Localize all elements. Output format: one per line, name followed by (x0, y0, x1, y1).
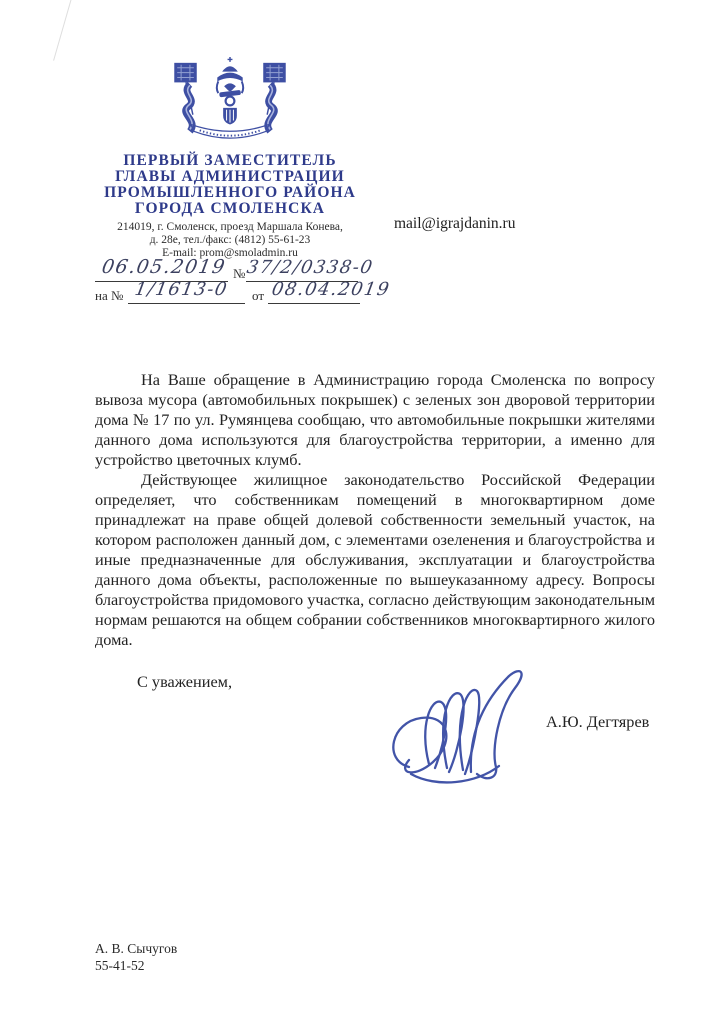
scanned-letter-page: ПЕРВЫЙ ЗАМЕСТИТЕЛЬ ГЛАВЫ АДМИНИСТРАЦИИ П… (0, 0, 723, 1024)
smolensk-coat-of-arms-icon (171, 56, 289, 144)
letterhead-title-line-3: ПРОМЫШЛЕННОГО РАЙОНА (78, 185, 382, 201)
outgoing-date-handwritten: 06.05.2019 (100, 256, 228, 278)
from-label: от (252, 288, 264, 304)
letterhead-title-line-1: ПЕРВЫЙ ЗАМЕСТИТЕЛЬ (78, 153, 382, 169)
outgoing-number-handwritten: 37/2/0338-0 (245, 257, 375, 278)
letterhead-title: ПЕРВЫЙ ЗАМЕСТИТЕЛЬ ГЛАВЫ АДМИНИСТРАЦИИ П… (78, 153, 382, 217)
letterhead-title-line-4: ГОРОДА СМОЛЕНСКА (78, 201, 382, 217)
salutation: С уважением, (137, 672, 232, 692)
executor-name: А. В. Сычугов (95, 940, 177, 957)
executor-block: А. В. Сычугов 55-41-52 (95, 940, 177, 974)
letterhead-title-line-2: ГЛАВЫ АДМИНИСТРАЦИИ (78, 169, 382, 185)
executor-phone: 55-41-52 (95, 957, 177, 974)
signature (381, 664, 551, 799)
handwritten-signature-icon (381, 664, 551, 799)
number-sign-label: № (233, 266, 245, 282)
body-paragraph-1: На Ваше обращение в Администрацию города… (95, 370, 655, 470)
signer-name: А.Ю. Дегтярев (546, 712, 649, 732)
scan-fold-artifact (53, 0, 74, 61)
incoming-date-handwritten: 08.04.2019 (270, 279, 392, 300)
recipient-email: mail@igrajdanin.ru (394, 215, 515, 233)
body-paragraph-2: Действующее жилищное законодательство Ро… (95, 470, 655, 650)
letterhead: ПЕРВЫЙ ЗАМЕСТИТЕЛЬ ГЛАВЫ АДМИНИСТРАЦИИ П… (78, 56, 382, 259)
letter-body: На Ваше обращение в Администрацию города… (95, 370, 655, 650)
letterhead-address-line-2: д. 28е, тел./факс: (4812) 55-61-23 (78, 234, 382, 247)
letterhead-address: 214019, г. Смоленск, проезд Маршала Коне… (78, 221, 382, 259)
incoming-ref-label: на № (95, 288, 123, 304)
letterhead-address-line-1: 214019, г. Смоленск, проезд Маршала Коне… (78, 221, 382, 234)
incoming-number-underline (128, 303, 245, 304)
incoming-date-underline (268, 303, 360, 304)
incoming-number-handwritten: 1/1613-0 (133, 279, 230, 300)
